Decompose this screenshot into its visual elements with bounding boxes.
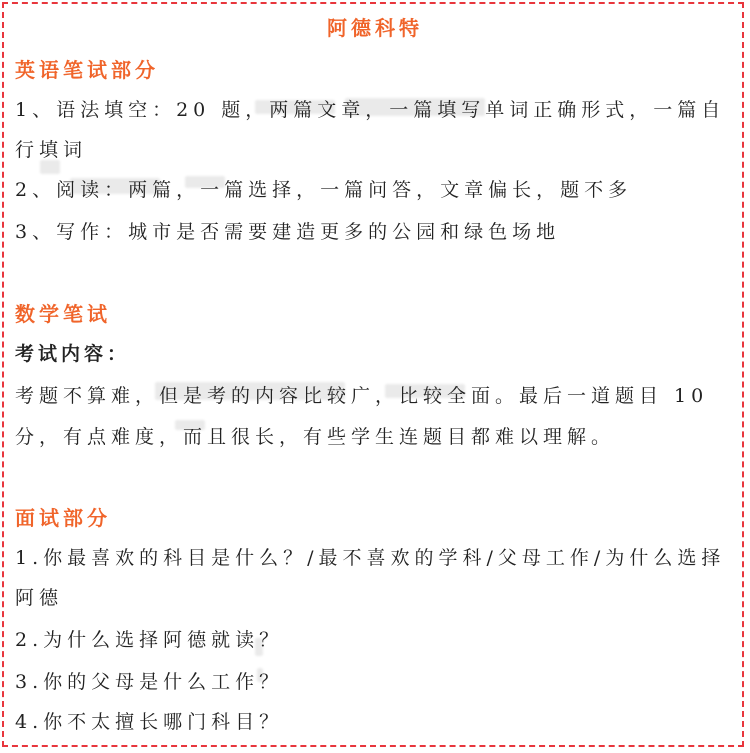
english-line-1: 1、语法填空：20 题，两篇文章，一篇填写单词正确形式，一篇自 (15, 90, 735, 130)
math-line-2: 分，有点难度，而且很长，有些学生连题目都难以理解。 (15, 417, 735, 457)
english-line-3: 3、写作：城市是否需要建造更多的公园和绿色场地 (15, 212, 735, 252)
interview-question-2: 2.为什么选择阿德就读？ (15, 620, 735, 660)
english-line-2: 2、阅读：两篇，一篇选择，一篇问答，文章偏长，题不多 (15, 170, 735, 210)
page-title: 阿德科特 (0, 10, 750, 46)
interview-question-1-wrap: 阿德 (15, 578, 735, 618)
english-line-1-wrap: 行填词 (15, 130, 735, 170)
section-heading-english: 英语笔试部分 (15, 50, 159, 90)
interview-question-4: 4.你不太擅长哪门科目？ (15, 702, 735, 742)
math-line-1: 考题不算难，但是考的内容比较广，比较全面。最后一道题目 10 (15, 376, 735, 416)
interview-question-3: 3.你的父母是什么工作？ (15, 662, 735, 702)
interview-question-1: 1.你最喜欢的科目是什么？/最不喜欢的学科/父母工作/为什么选择 (15, 538, 735, 578)
section-heading-math: 数学笔试 (15, 294, 111, 334)
section-heading-interview: 面试部分 (15, 498, 111, 538)
math-subheading: 考试内容： (15, 334, 130, 374)
